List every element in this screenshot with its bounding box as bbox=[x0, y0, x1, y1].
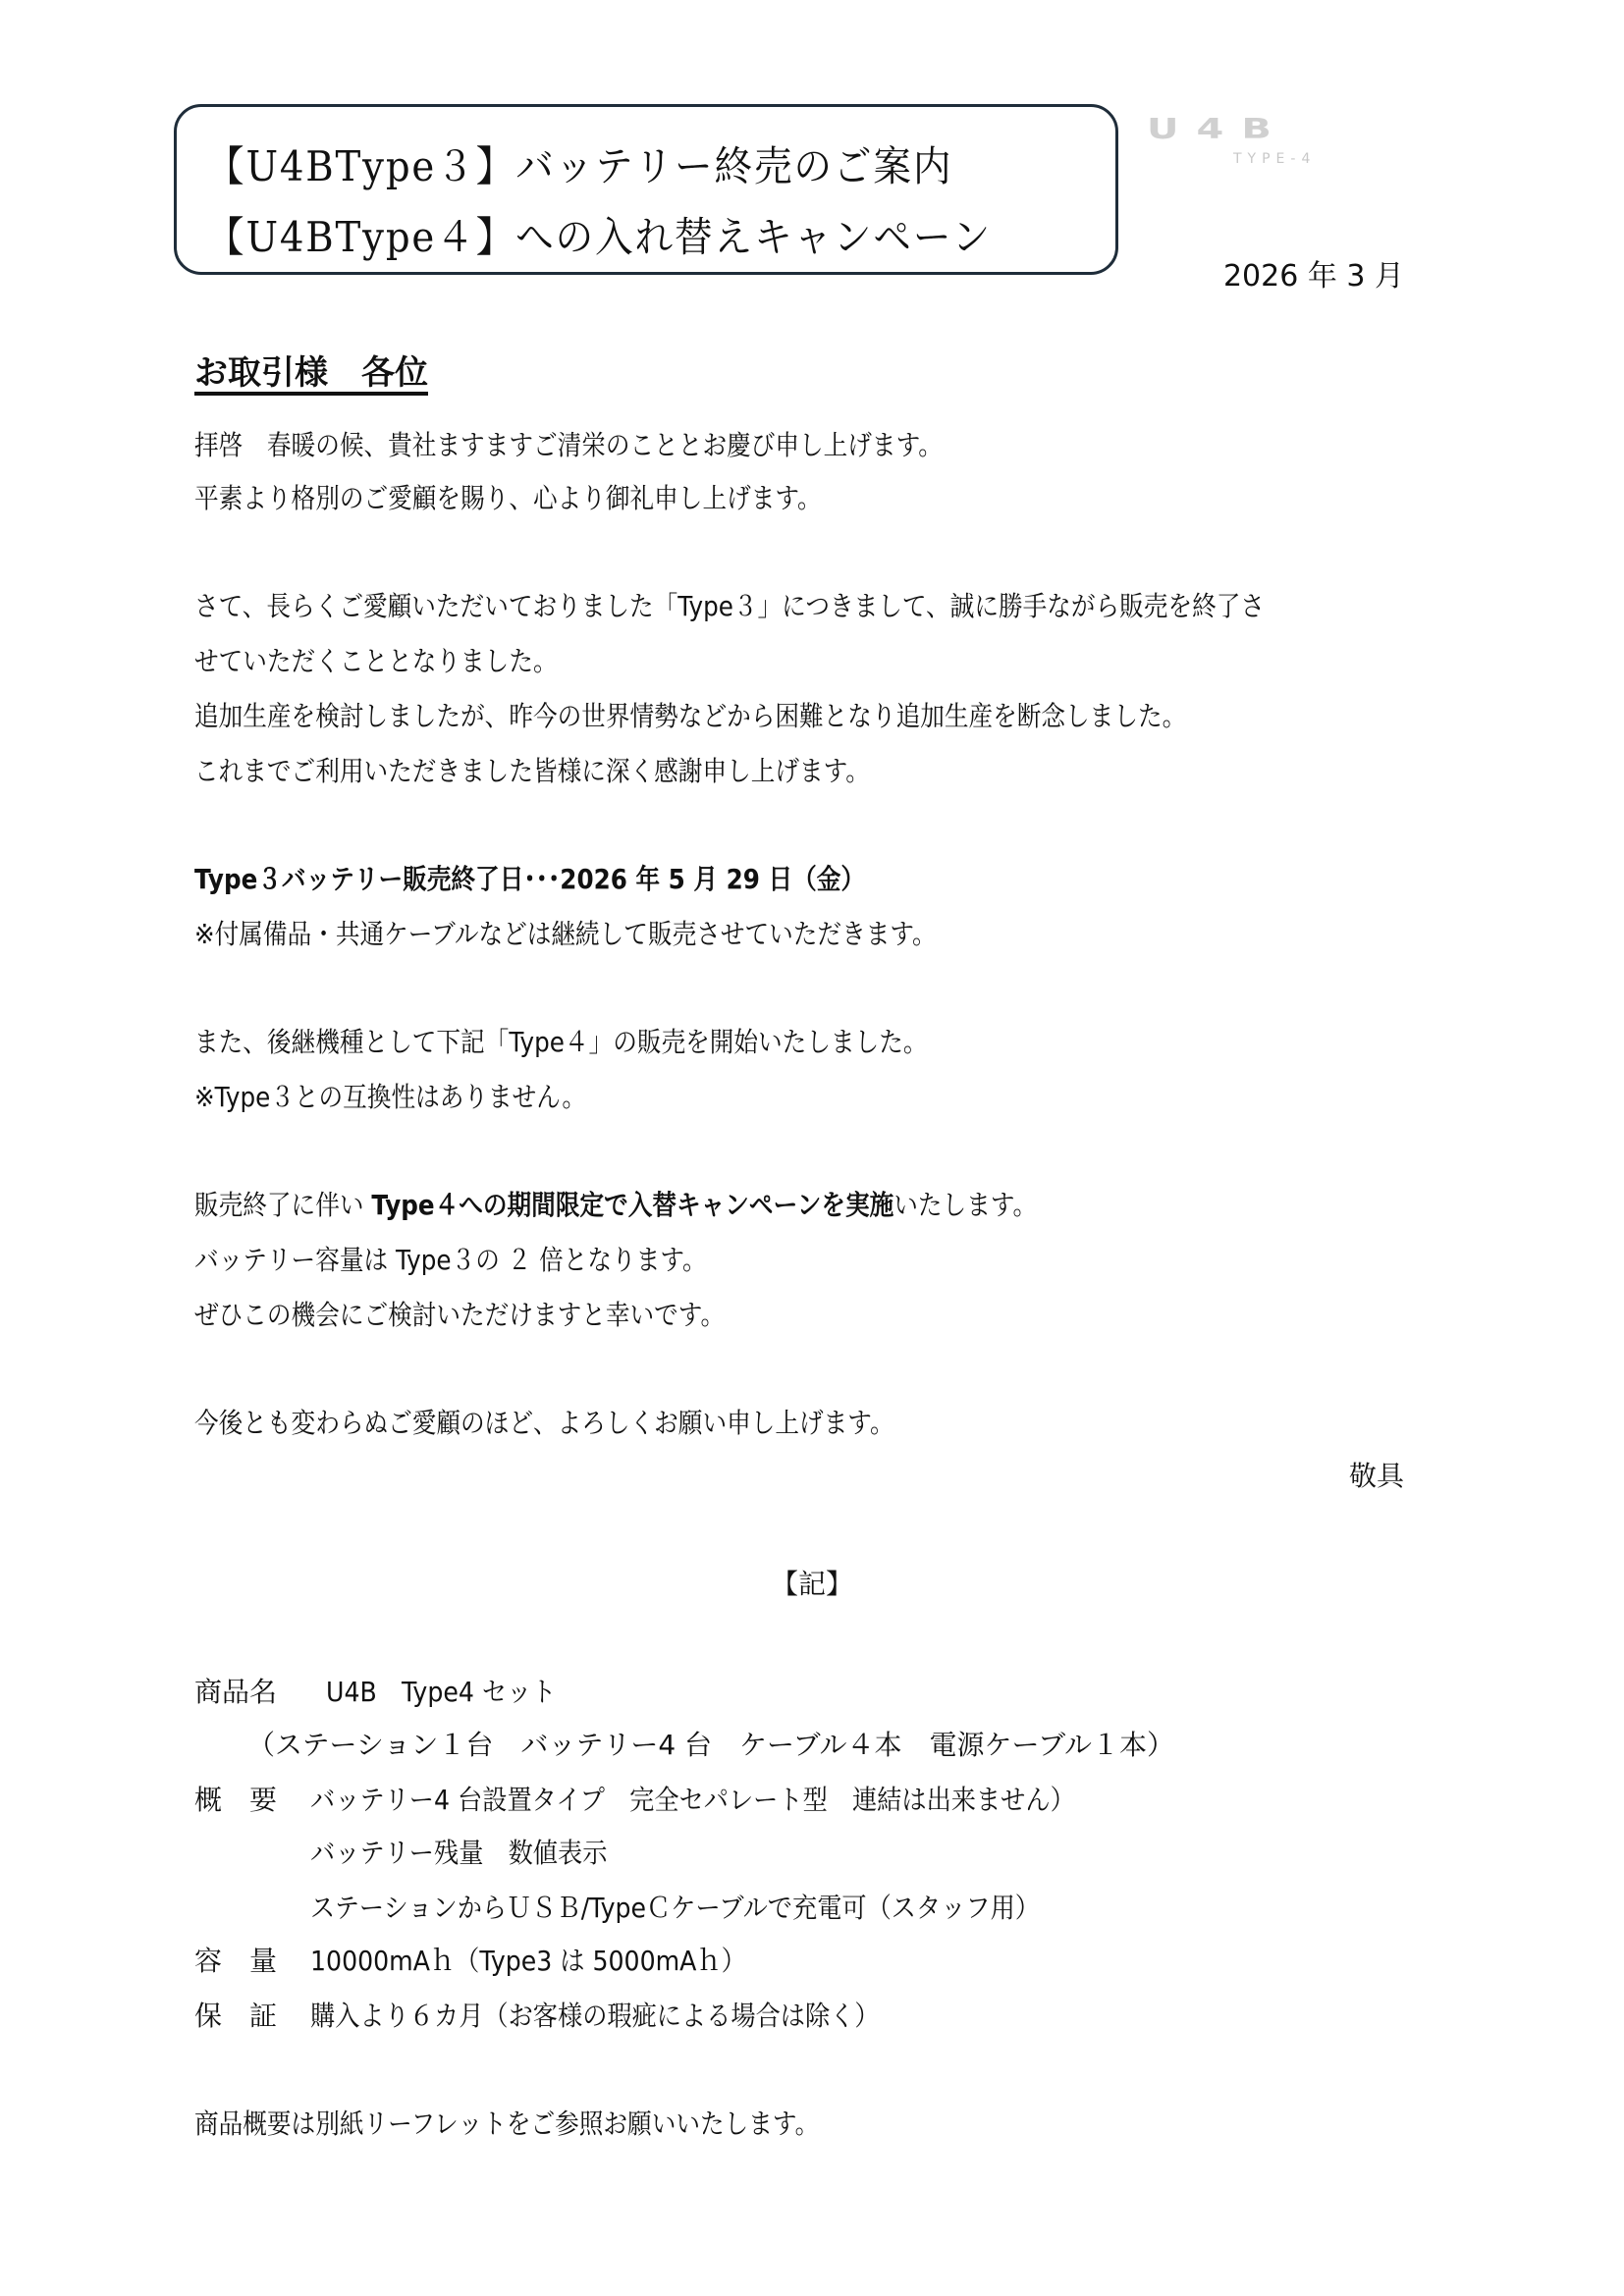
spec-value-product-name: U4B Type4 セット bbox=[326, 1671, 556, 1710]
announcement-line-4: これまでご利用いただきました皆様に深く感謝申し上げます。 bbox=[194, 750, 870, 789]
record-mark: 【記】 bbox=[0, 1563, 1624, 1602]
spec-value-capacity: 10000mAｈ（Type3 は 5000mAｈ） bbox=[310, 1940, 746, 1979]
logo-sub-text: TYPE-4 bbox=[1233, 151, 1316, 167]
title-box: 【U4BType３】バッテリー終売のご案内 【U4BType４】への入れ替えキャ… bbox=[174, 104, 1118, 275]
title-line-2: 【U4BType４】への入れ替えキャンペーン bbox=[206, 205, 992, 264]
spec-value-overview-1: バッテリー4 台設置タイプ 完全セパレート型 連結は出来ません） bbox=[310, 1779, 1075, 1818]
footer-note: 商品概要は別紙リーフレットをご参照お願いいたします。 bbox=[194, 2103, 819, 2142]
signoff: 敬具 bbox=[1349, 1455, 1404, 1494]
campaign-prefix: 販売終了に伴い bbox=[194, 1189, 371, 1221]
spec-value-overview-2: バッテリー残量 数値表示 bbox=[310, 1832, 607, 1871]
spec-value-overview-3: ステーションからＵＳＢ/TypeＣケーブルで充電可（スタッフ用） bbox=[310, 1887, 1040, 1926]
campaign-highlight: Type４への期間限定で入替キャンペーンを実施 bbox=[371, 1189, 893, 1221]
end-of-sale-date: Type３バッテリー販売終了日･･･2026 年 5 月 29 日（金） bbox=[194, 858, 865, 897]
logo-main-text: U4B bbox=[1147, 116, 1289, 143]
announcement-line-3: 追加生産を検討しましたが、昨今の世界情勢などから困難となり追加生産を断念しました… bbox=[194, 695, 1186, 734]
spec-label-capacity: 容 量 bbox=[194, 1940, 277, 1979]
announcement-line-1: さて、長らくご愛顧いただいておりました「Type３」につきまして、誠に勝手ながら… bbox=[194, 585, 1265, 624]
campaign-suffix: いたします。 bbox=[893, 1189, 1037, 1221]
spec-label-overview: 概 要 bbox=[194, 1779, 277, 1818]
greeting-line-2: 平素より格別のご愛顧を賜り、心より御礼申し上げます。 bbox=[194, 477, 822, 516]
u4b-logo: U4B TYPE-4 bbox=[1147, 116, 1402, 175]
announcement-line-2: せていただくこととなりました。 bbox=[194, 640, 558, 679]
greeting-line-1: 拝啓 春暖の候、貴社ますますご清栄のこととお慶び申し上げます。 bbox=[194, 424, 943, 463]
title-line-1: 【U4BType３】バッテリー終売のご案内 bbox=[206, 134, 952, 193]
addressee: お取引様 各位 bbox=[194, 346, 428, 394]
end-of-sale-note: ※付属備品・共通ケーブルなどは継続して販売させていただきます。 bbox=[194, 913, 937, 952]
document-date: 2026 年 3 月 bbox=[1223, 251, 1404, 294]
spec-label-product-name: 商品名 bbox=[194, 1671, 277, 1710]
campaign-line-2: バッテリー容量は Type３の ２ 倍となります。 bbox=[194, 1239, 707, 1278]
successor-line-1: また、後継機種として下記「Type４」の販売を開始いたしました。 bbox=[194, 1021, 928, 1060]
spec-value-warranty: 購入より６カ月（お客様の瑕疵による場合は除く） bbox=[310, 1995, 880, 2034]
campaign-line-3: ぜひこの機会にご検討いただけますと幸いです。 bbox=[194, 1294, 725, 1333]
successor-line-2: ※Type３との互換性はありません。 bbox=[194, 1076, 586, 1115]
campaign-line-1: 販売終了に伴い Type４への期間限定で入替キャンペーンを実施いたします。 bbox=[194, 1184, 1037, 1223]
spec-label-warranty: 保 証 bbox=[194, 1995, 277, 2034]
spec-value-product-contents: （ステーション１台 バッテリー4 台 ケーブル４本 電源ケーブル１本） bbox=[247, 1724, 1174, 1763]
closing-line: 今後とも変わらぬご愛顧のほど、よろしくお願い申し上げます。 bbox=[194, 1402, 894, 1441]
